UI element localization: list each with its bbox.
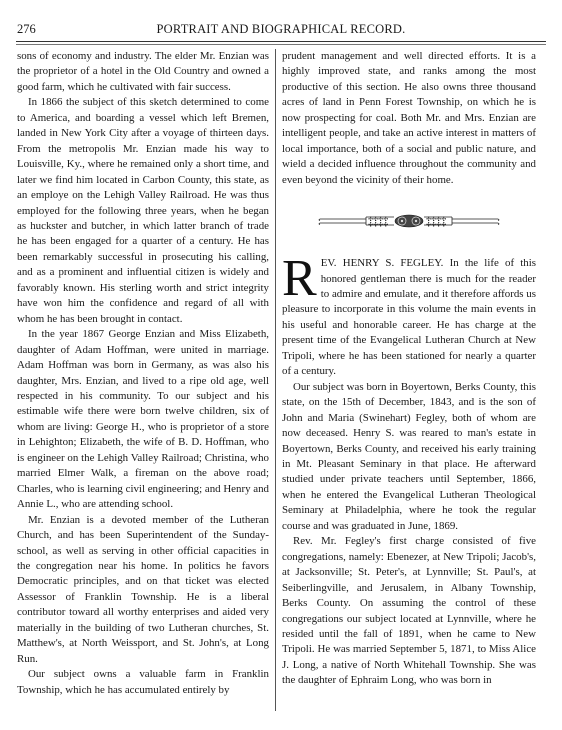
svg-text:✣✣✣✣: ✣✣✣✣ bbox=[368, 222, 388, 229]
paragraph: Our subject was born in Boyertown, Berks… bbox=[282, 380, 536, 535]
ornament-divider-icon: ✣✣✣✣ ✣✣✣✣ ✣✣✣✣ ✣✣✣✣ bbox=[316, 214, 502, 228]
left-column: sons of economy and industry. The elder … bbox=[17, 49, 269, 698]
paragraph: prudent management and well directed eff… bbox=[282, 49, 536, 188]
page-header: 276 PORTRAIT AND BIOGRAPHICAL RECORD. bbox=[16, 22, 546, 38]
paragraph: sons of economy and industry. The elder … bbox=[17, 49, 269, 95]
paragraph: Mr. Enzian is a devoted member of the Lu… bbox=[17, 513, 269, 668]
column-divider bbox=[275, 49, 276, 711]
header-rule bbox=[16, 41, 546, 45]
article-opening: EV. HENRY S. FEGLEY. In the life of this… bbox=[282, 256, 536, 380]
running-title: PORTRAIT AND BIOGRAPHICAL RECORD. bbox=[16, 22, 546, 37]
paragraph: In 1866 the subject of this sketch deter… bbox=[17, 95, 269, 327]
svg-text:✣✣✣✣: ✣✣✣✣ bbox=[426, 222, 446, 229]
paragraph: Our subject owns a valuable farm in Fran… bbox=[17, 667, 269, 698]
drop-cap: R bbox=[282, 258, 317, 302]
article-fegley: R EV. HENRY S. FEGLEY. In the life of th… bbox=[282, 256, 536, 689]
paragraph: In the year 1867 George Enzian and Miss … bbox=[17, 327, 269, 512]
paragraph: Rev. Mr. Fegley's first charge consisted… bbox=[282, 534, 536, 689]
right-column: prudent management and well directed eff… bbox=[282, 49, 536, 689]
